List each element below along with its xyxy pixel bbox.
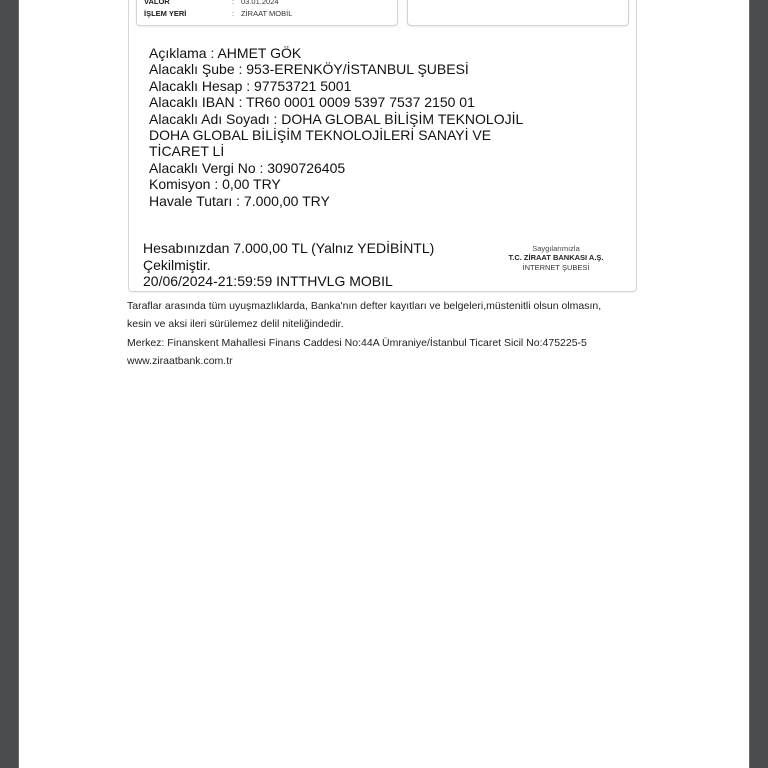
receipt-container: İŞLEM TARİHİ : 03/01/2024-17:16:35 - F05… <box>128 0 637 292</box>
document-viewer: İŞLEM TARİHİ : 03/01/2024-17:16:35 - F05… <box>0 0 768 768</box>
recipient-tax-no-line: Alacaklı Vergi No : 3090726405 <box>149 160 619 176</box>
legal-footer: Taraflar arasında tüm uyuşmazlıklarda, B… <box>127 297 647 370</box>
legal-disclaimer-line-2: kesin ve aksi ileri sürülemez delil nite… <box>127 315 647 333</box>
info-label: İŞLEM YERİ <box>144 8 186 19</box>
recipient-account-line: Alacaklı Hesap : 97753721 5001 <box>149 78 619 94</box>
signature-bank-name: T.C. ZİRAAT BANKASI A.Ş. <box>491 253 621 263</box>
legal-disclaimer-line-1: Taraflar arasında tüm uyuşmazlıklarda, B… <box>127 297 647 315</box>
recipient-name-continued-line-2: TİCARET Lİ <box>149 143 619 159</box>
recipient-branch-line: Alacaklı Şube : 953-ERENKÖY/İSTANBUL ŞUB… <box>149 61 619 77</box>
info-separator: : <box>232 8 234 19</box>
debit-status-line: Çekilmiştir. <box>143 257 473 274</box>
info-label: VALÖR <box>144 0 170 7</box>
debit-timestamp-line: 20/06/2024-21:59:59 INTTHVLG MOBIL <box>143 273 473 290</box>
transfer-details: Açıklama : AHMET GÖK Alacaklı Şube : 953… <box>149 45 619 209</box>
description-line: Açıklama : AHMET GÖK <box>149 45 619 61</box>
info-separator: : <box>232 0 234 7</box>
transaction-info-box: İŞLEM TARİHİ : 03/01/2024-17:16:35 - F05… <box>136 0 398 26</box>
recipient-name-continued-line: DOHA GLOBAL BİLİŞİM TEKNOLOJİLERİ SANAYİ… <box>149 127 619 143</box>
debit-summary: Hesabınızdan 7.000,00 TL (Yalnız YEDİBİN… <box>143 240 473 290</box>
commission-line: Komisyon : 0,00 TRY <box>149 176 619 192</box>
recipient-iban-line: Alacaklı IBAN : TR60 0001 0009 5397 7537… <box>149 94 619 110</box>
headquarters-address: Merkez: Finanskent Mahallesi Finans Cadd… <box>127 334 647 352</box>
debit-amount-line: Hesabınızdan 7.000,00 TL (Yalnız YEDİBİN… <box>143 240 473 257</box>
bank-signature: Saygılarımızla T.C. ZİRAAT BANKASI A.Ş. … <box>491 244 621 272</box>
info-value: ZİRAAT MOBİL <box>241 8 292 19</box>
bank-website: www.ziraatbank.com.tr <box>127 352 647 370</box>
receipt-page: İŞLEM TARİHİ : 03/01/2024-17:16:35 - F05… <box>18 0 750 768</box>
signature-greeting: Saygılarımızla <box>491 244 621 253</box>
recipient-name-line: Alacaklı Adı Soyadı : DOHA GLOBAL BİLİŞİ… <box>149 111 619 127</box>
signature-branch: İNTERNET ŞUBESİ <box>491 263 621 272</box>
secondary-info-box <box>407 0 629 26</box>
transfer-amount-line: Havale Tutarı : 7.000,00 TRY <box>149 193 619 209</box>
info-value: 03.01.2024 <box>241 0 279 7</box>
